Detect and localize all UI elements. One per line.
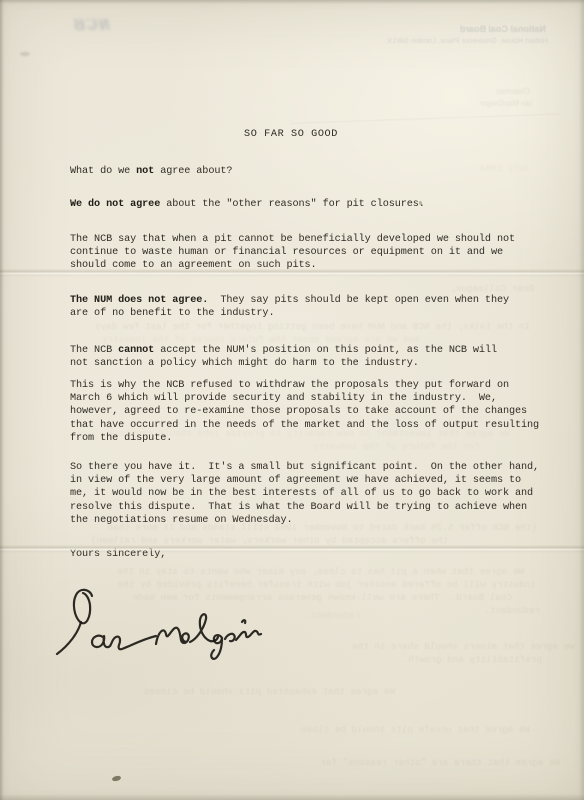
letter-closing: Yours sincerely,	[70, 548, 166, 561]
letter-paragraph-question: What do we not agree about?	[70, 165, 232, 178]
showthrough-line: profitability and growth.	[392, 654, 542, 665]
showthrough-line: redundant.	[300, 610, 360, 621]
showthrough-line: We agree that miners should share in the	[330, 641, 575, 652]
showthrough-letterhead-name: National Coal Board	[430, 23, 546, 34]
paper-wrinkle	[290, 113, 560, 125]
showthrough-salutation: Dear Colleague,	[450, 283, 534, 294]
letter-page: NCB National Coal Board Hobart House, Gr…	[0, 0, 584, 800]
showthrough-chairman-name: Ian MacGregor	[448, 98, 532, 108]
showthrough-line: We agree that when a pit has to close, a…	[76, 566, 524, 577]
showthrough-line: We agree that there are "other reasons" …	[320, 757, 560, 768]
letter-paragraph-num-position: The NUM does not agree. They say pits sh…	[70, 294, 509, 320]
showthrough-date: July 1984	[455, 163, 530, 174]
scan-smudge	[20, 52, 30, 56]
showthrough-line: redundant.	[478, 605, 540, 616]
showthrough-line: We agree that exhausted pits should be c…	[145, 686, 395, 697]
showthrough-chairman-title: Chairman	[452, 86, 530, 96]
signature-ian-macgregor	[50, 586, 282, 668]
letter-paragraph-proposals: This is why the NCB refused to withdraw …	[70, 379, 539, 445]
showthrough-line: the offers accepted by other workers, wa…	[70, 535, 448, 546]
showthrough-line: In the talks, the NCB and NUM have been …	[92, 321, 530, 332]
ink-speck	[112, 775, 122, 782]
showthrough-letterhead-address: Hobart House, Grosvenor Place, London SW…	[386, 35, 548, 45]
letter-paragraph-disagree: We do not agree about the "other reasons…	[70, 198, 425, 211]
showthrough-ncb-logo: NCB	[48, 19, 110, 43]
letter-title: SO FAR SO GOOD	[244, 128, 338, 141]
showthrough-line: We agree that unsafe pits should be clos…	[300, 724, 530, 735]
ink-speck	[419, 201, 422, 205]
letter-paragraph-conclusion: So there you have it. It's a small but s…	[70, 461, 539, 527]
letter-paragraph-ncb-cannot: The NCB cannot accept the NUM's position…	[70, 344, 497, 370]
signature-handwriting-svg	[50, 586, 282, 668]
letter-paragraph-ncb-position: The NCB say that when a pit cannot be be…	[70, 233, 515, 273]
